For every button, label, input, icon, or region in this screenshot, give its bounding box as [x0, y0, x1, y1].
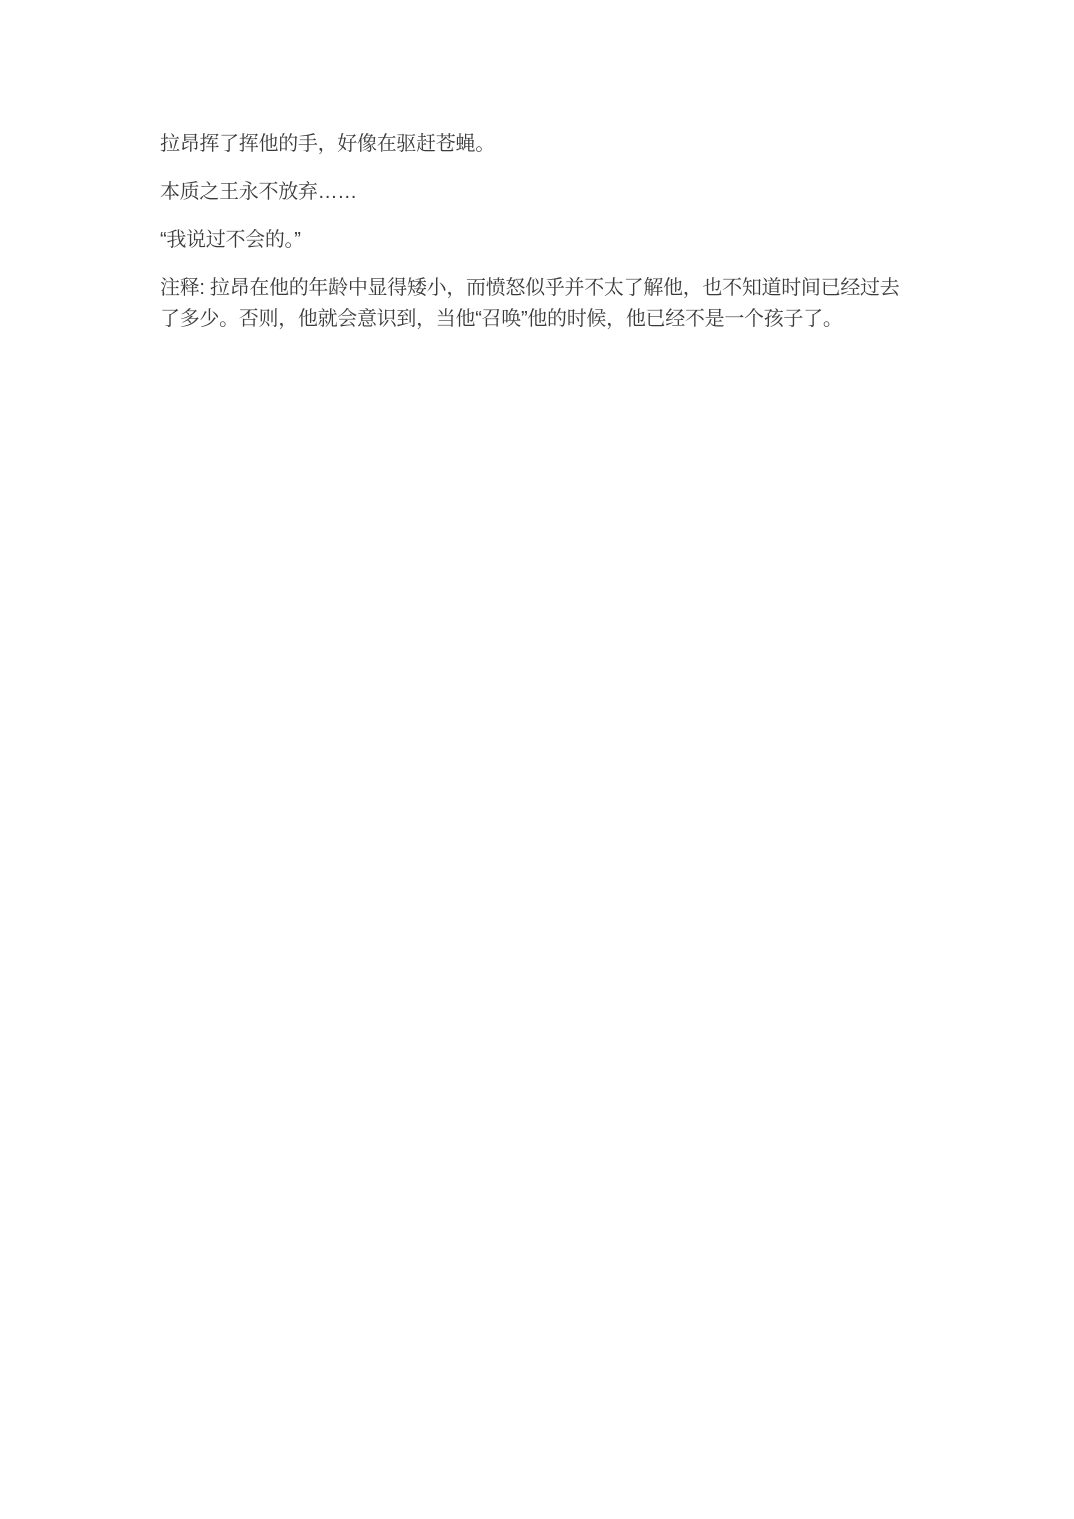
paragraph-king-of-essence: 本质之王永不放弃…… [160, 177, 935, 208]
translator-note: 注释: 拉昂在他的年龄中显得矮小，而愤怒似乎并不太了解他，也不知道时间已经过去 … [160, 273, 935, 335]
document-page: 拉昂挥了挥他的手，好像在驱赶苍蝇。 本质之王永不放弃…… “我说过不会的。” 注… [0, 0, 1074, 1519]
paragraph-quote: “我说过不会的。” [160, 225, 935, 256]
translator-note-line-2: 了多少。否则，他就会意识到，当他“召唤”他的时候，他已经不是一个孩子了。 [160, 304, 935, 335]
translator-note-line-1: 注释: 拉昂在他的年龄中显得矮小，而愤怒似乎并不太了解他，也不知道时间已经过去 [160, 273, 935, 304]
text-content: 拉昂挥了挥他的手，好像在驱赶苍蝇。 本质之王永不放弃…… “我说过不会的。” 注… [160, 129, 935, 352]
paragraph-wave-hand: 拉昂挥了挥他的手，好像在驱赶苍蝇。 [160, 129, 935, 160]
